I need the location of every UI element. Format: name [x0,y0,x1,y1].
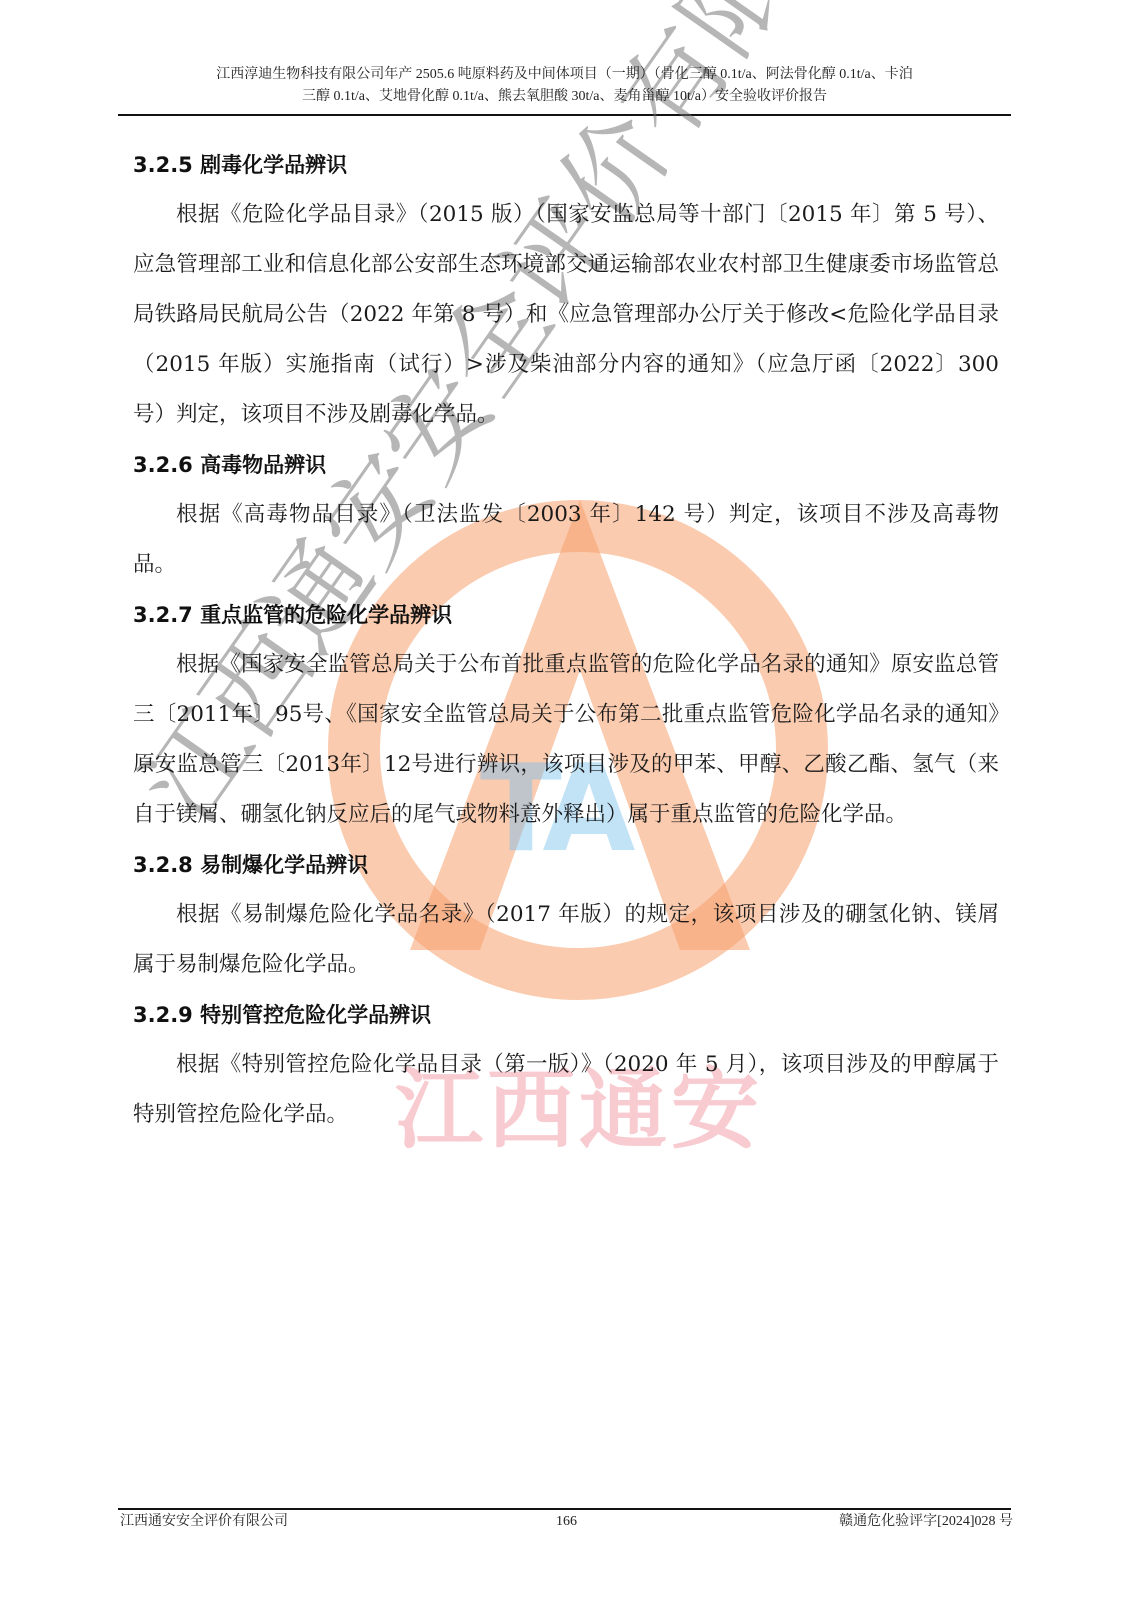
section-3-2-6: 3.2.6 高毒物品辨识 根据《高毒物品目录》（卫法监发〔2003 年〕142 … [133,440,999,590]
section-paragraph: 根据《特别管控危险化学品目录（第一版）》（2020 年 5 月），该项目涉及的甲… [133,1040,999,1140]
section-heading: 3.2.9 特别管控危险化学品辨识 [133,990,999,1040]
section-paragraph: 根据《易制爆危险化学品名录》（2017 年版）的规定，该项目涉及的硼氢化钠、镁屑… [133,890,999,990]
header-line-1: 江西淳迪生物科技有限公司年产 2505.6 吨原料药及中间体项目（一期）（骨化三… [118,64,1011,86]
header-divider [118,114,1011,116]
section-heading: 3.2.7 重点监管的危险化学品辨识 [133,590,999,640]
para-line: 毒化学品。 [391,402,499,427]
section-paragraph: 根据《国家安全监管总局关于公布首批重点监管的危险化学品名录的通知》原安监总管三〔… [133,640,999,840]
section-paragraph: 根据《危险化学品目录》（2015 版）（国家安监总局等十部门〔2015 年〕第 … [133,190,999,440]
para-line: 尾气或物料意外释出）属于重点监管的危险化学品。 [413,802,908,827]
header-line-2: 三醇 0.1t/a、艾地骨化醇 0.1t/a、熊去氧胆酸 30t/a、麦角甾醇 … [118,86,1011,108]
para-line: 根据《特别管控危险化学品目录（第一版）》（2020 年 5 月），该项目 [176,1052,846,1077]
para-line: 根据《高毒物品目录》（卫法监发〔2003 年〕142 号）判定，该项目不 [176,502,887,527]
section-paragraph: 根据《高毒物品目录》（卫法监发〔2003 年〕142 号）判定，该项目不涉及高毒… [133,490,999,590]
section-heading: 3.2.6 高毒物品辨识 [133,440,999,490]
para-line: 根据《易制爆危险化学品名录》（2017 年版）的规定，该项目涉及的硼 [176,902,867,927]
para-line: 根据《国家安全监管总局关于公布首批重点监管的危险化学品名录的通 [176,652,848,677]
page-header: 江西淳迪生物科技有限公司年产 2505.6 吨原料药及中间体项目（一期）（骨化三… [118,64,1011,108]
section-heading: 3.2.5 剧毒化学品辨识 [133,140,999,190]
section-heading: 3.2.8 易制爆化学品辨识 [133,840,999,890]
section-3-2-7: 3.2.7 重点监管的危险化学品辨识 根据《国家安全监管总局关于公布首批重点监管… [133,590,999,840]
footer-doc-number: 赣通危化验评字[2024]028 号 [839,1510,1013,1534]
section-3-2-9: 3.2.9 特别管控危险化学品辨识 根据《特别管控危险化学品目录（第一版）》（2… [133,990,999,1140]
section-3-2-5: 3.2.5 剧毒化学品辨识 根据《危险化学品目录》（2015 版）（国家安监总局… [133,140,999,440]
section-3-2-8: 3.2.8 易制爆化学品辨识 根据《易制爆危险化学品名录》（2017 年版）的规… [133,840,999,990]
page-footer: 江西通安安全评价有限公司 166 赣通危化验评字[2024]028 号 [120,1510,1013,1534]
para-line: 根据《危险化学品目录》（2015 版）（国家安监总局等十部门〔2015 年〕 [176,202,894,227]
document-body: 3.2.5 剧毒化学品辨识 根据《危险化学品目录》（2015 版）（国家安监总局… [133,140,999,1140]
